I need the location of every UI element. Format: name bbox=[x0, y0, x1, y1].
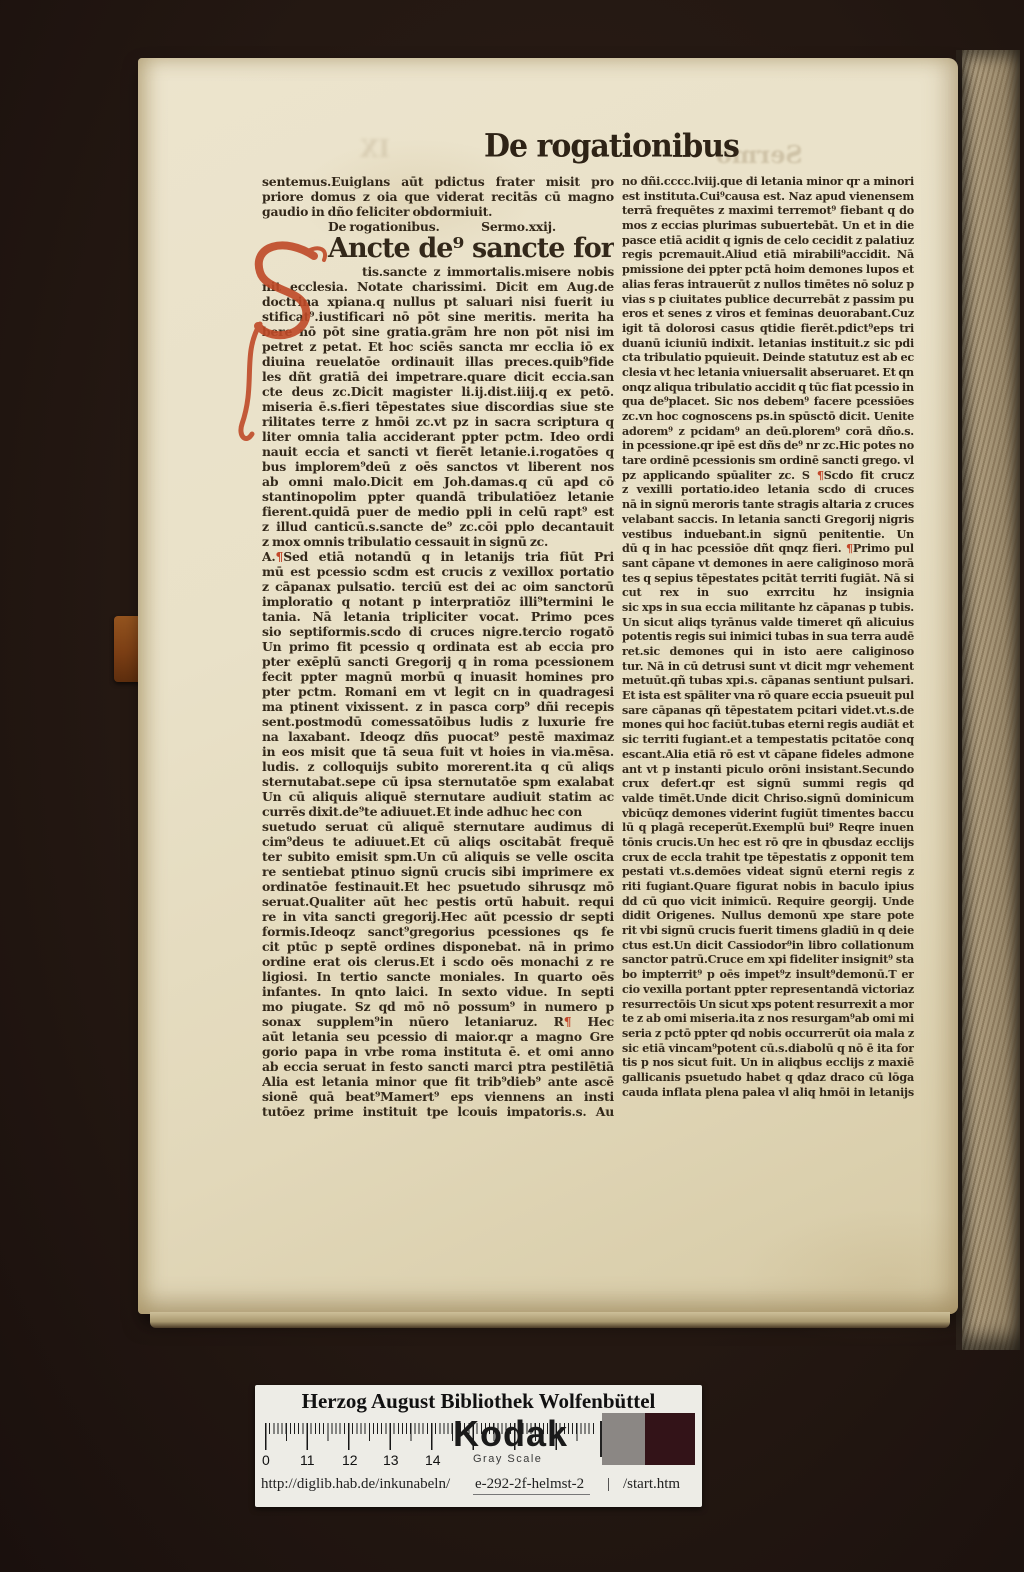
text-line: potentis regis sui inimici tubas in sua … bbox=[622, 629, 914, 644]
text-line: in eos misit que tā seua fuit vt hoies i… bbox=[262, 744, 614, 759]
text-line: gorio papa in vrbe roma instituta ē. et … bbox=[262, 1044, 614, 1059]
text-line: sent.postmodū comessatōibus ludis z luxu… bbox=[262, 714, 614, 729]
text-line: cim⁹deus te adiuuet.Et cū aliqs oscitabā… bbox=[262, 834, 614, 849]
text-line: diuina reuelatōe ordinauit illas preces.… bbox=[262, 354, 614, 369]
text-line: ordine erat ois clerus.Et i scdo oēs mon… bbox=[262, 954, 614, 969]
rubric-mark: ¶ bbox=[564, 1014, 572, 1029]
text-line: miseria ē.s.fieri tēpestates siue discor… bbox=[262, 399, 614, 414]
text-line: ordinatōe festinauit.Et hec psuetudo sih… bbox=[262, 879, 614, 894]
ruler-number: 13 bbox=[383, 1452, 399, 1468]
text-line: eros et senes z viros et feminas deuorab… bbox=[622, 306, 914, 321]
dark-scale-patch bbox=[645, 1413, 695, 1465]
page-link: /start.htm bbox=[623, 1476, 680, 1493]
text-line: sic etiā vincam⁹potent cū.s.diabolū q nō… bbox=[622, 1041, 914, 1056]
ruler-number: 12 bbox=[342, 1452, 358, 1468]
text-line: liter omnia talia acciderant ppter pctm.… bbox=[262, 429, 614, 444]
text-line: mo piugate. Sz qd mō nō possum⁹ in numer… bbox=[262, 999, 614, 1014]
text-line: Et ista est spāliter vna rō quare eccia … bbox=[622, 688, 914, 703]
text-line: rilitates terre z hmōi zc.vt pz in sacra… bbox=[262, 414, 614, 429]
ruler-number: 0 bbox=[262, 1452, 270, 1468]
text-line: cio vexilla portant ppter representandā … bbox=[622, 982, 914, 997]
text-line: z mox omnis tribulatio cessauit in signū… bbox=[262, 534, 614, 549]
text-line: nā in signū meroris tante stragis altari… bbox=[622, 497, 914, 512]
text-line: sic xps in sua eccia militante hz cāpana… bbox=[622, 600, 914, 615]
text-line: sant cāpane vt demones in aere caliginos… bbox=[622, 556, 914, 571]
text-line: regis pcremauit.Aliud etiā mirabili⁹acci… bbox=[622, 247, 914, 262]
text-line: z vexilli portatio.ideo letania scdo di … bbox=[622, 482, 914, 497]
ruler-number: 14 bbox=[425, 1452, 441, 1468]
text-line: petret z petat. Et hoc sciēs sancta mr e… bbox=[262, 339, 614, 354]
text-line: didit Origenes. Nullus demonū xpe stare … bbox=[622, 908, 914, 923]
text-line: pz applicando spūaliter zc. S ¶Scdo fit … bbox=[622, 468, 914, 483]
text-line: valde timēt.Unde dicit Chriso.signū domi… bbox=[622, 791, 914, 806]
text-line: tutōez prime instituit tpe lcouis impato… bbox=[262, 1104, 614, 1119]
text-line: stificat⁹.iustificari nō pōt sine meriti… bbox=[262, 309, 614, 324]
text-line: aūt letania seu pcessio di maior.qr a ma… bbox=[262, 1029, 614, 1044]
text-line: igit tā dolorosi casus qtidie fierēt.pdi… bbox=[622, 321, 914, 336]
photo-stage: Sermo IX De rogationibus sentemus.Euigla… bbox=[0, 0, 1024, 1572]
text-line: ligiosi. In tertio sancte moniales. In q… bbox=[262, 969, 614, 984]
text-line: duanū iciuniū indixit. letanias institui… bbox=[622, 336, 914, 351]
link-separator: | bbox=[607, 1476, 610, 1493]
text-line: sonax supplem⁹in nūero letaniaruz. R¶ He… bbox=[262, 1014, 614, 1029]
text-line: Alia est letania minor que fit trib⁹dieb… bbox=[262, 1074, 614, 1089]
text-line: tare ordinē pcessionis sm ordinē sancti … bbox=[622, 453, 914, 468]
text-line: tur. Nā in cū detrusi sunt vt dicit mgr … bbox=[622, 659, 914, 674]
column-right: no dñi.cccc.lviij.que di letania minor q… bbox=[622, 174, 914, 1099]
text-line: tania. Nā letania tripliciter vocat. Pri… bbox=[262, 609, 614, 624]
text-line: riti fugiant.Quare figurat nobis in bacu… bbox=[622, 879, 914, 894]
text-line: sanctor patrū.Cruce em xpi fideliter ins… bbox=[622, 952, 914, 967]
text-line: cit ptūc p septē ordines disponebat. nā … bbox=[262, 939, 614, 954]
page-bottom-edge bbox=[150, 1312, 950, 1328]
rubric-mark: ¶ bbox=[817, 468, 824, 482]
base-url: http://diglib.hab.de/inkunabeln/ bbox=[261, 1476, 450, 1493]
text-line: in pcessione.qr ipē est dñs de⁹ nr zc.Hi… bbox=[622, 438, 914, 453]
rubric-line: De rogationibus.Sermo.xxij. bbox=[262, 219, 614, 234]
text-line: nit ecclesia. Notate charissimi. Dicit e… bbox=[262, 279, 614, 294]
text-line: mones qui hoc faciūt.tubas eterni regis … bbox=[622, 717, 914, 732]
text-line: alias feras intrauerūt z nullos timētes … bbox=[622, 277, 914, 292]
text-line: pasce etiā acidit q ignis de celo cecidi… bbox=[622, 233, 914, 248]
text-line: Un cū aliquis aliquē sternutare audiuit … bbox=[262, 789, 614, 804]
text-line: cut rex in suo exrrcitu hz insignia rega… bbox=[622, 585, 914, 600]
text-line: adorem⁹ z pcidam⁹ an deū.plorem⁹ corā dñ… bbox=[622, 424, 914, 439]
text-line: sionē quā beat⁹Mamert⁹ eps viennens an i… bbox=[262, 1089, 614, 1104]
text-line: z cāpanax pulsatio. terciū est dei ac oi… bbox=[262, 579, 614, 594]
text-line: bo impterrit⁹ p oēs impet⁹z insult⁹demon… bbox=[622, 967, 914, 982]
text-line: ludis. z colloquijs subito morerent.ita … bbox=[262, 759, 614, 774]
library-name: Herzog August Bibliothek Wolfenbüttel bbox=[255, 1389, 702, 1414]
text-line: lū q plagā receperūt.Exemplū bui⁹ Reqre … bbox=[622, 820, 914, 835]
text-line: no dñi.cccc.lviij.que di letania minor q… bbox=[622, 174, 914, 189]
shelfmark: e-292-2f-helmst-2 bbox=[473, 1476, 590, 1495]
text-line: pter exēplū sancti Gregorij q in roma pc… bbox=[262, 654, 614, 669]
gray-scale-patch bbox=[602, 1413, 645, 1465]
text-line: cte deus zc.Dicit magister li.ij.dist.ii… bbox=[262, 384, 614, 399]
text-line: tes q sepius tēpestates pcitāt territi f… bbox=[622, 571, 914, 586]
text-line: sare cāpanas qñ tēpestatem pcitari videt… bbox=[622, 703, 914, 718]
text-line: sentemus.Euiglans aūt pdictus frater mis… bbox=[262, 174, 614, 189]
text-line: Ancte de⁹ sancte for bbox=[262, 234, 614, 264]
text-line: pmissione dei ppter pctā hoim demones lu… bbox=[622, 262, 914, 277]
text-line: fierent.quidā puer de medio ppli in celū… bbox=[262, 504, 614, 519]
text-line: mū est pcessio scdm est crucis z vexillo… bbox=[262, 564, 614, 579]
text-line: z illud canticū.s.sancte de⁹ zc.cōi pplo… bbox=[262, 519, 614, 534]
text-line: A.¶Sed etiā notandū q in letanijs tria f… bbox=[262, 549, 614, 564]
text-line: ma ptinent vixissent. z in pasca corp⁹ d… bbox=[262, 699, 614, 714]
text-line: ter subito emisit spm.Un cū aliquis se v… bbox=[262, 849, 614, 864]
text-line: zc.vn hoc cognoscens ps.in spūsctō dicit… bbox=[622, 409, 914, 424]
text-line: vestibus induebant.in signū penitentie. … bbox=[622, 527, 914, 542]
text-line: re sentiebat ptinuo signū crucis sibi im… bbox=[262, 864, 614, 879]
text-line: suetudo seruat cū aliquē sternutare audi… bbox=[262, 819, 614, 834]
text-line: vbicūqz demones viderint fugiūt timentes… bbox=[622, 806, 914, 821]
text-line: tis.sancte z immortalis.misere nobis ca bbox=[262, 264, 614, 279]
text-line: bere nō pōt sine gratia.grām hre non pōt… bbox=[262, 324, 614, 339]
color-reference-card: Herzog August Bibliothek Wolfenbüttel 01… bbox=[255, 1385, 702, 1507]
text-line: crux de eccla trahit tpe tēpestatis z op… bbox=[622, 850, 914, 865]
text-line: sic territi fugiant.et a tempestatis pci… bbox=[622, 732, 914, 747]
rubric-right: Sermo.xxij. bbox=[481, 219, 556, 234]
text-line: crux defert.qr est signū summi regis qd … bbox=[622, 776, 914, 791]
text-line: currēs dixit.de⁹te adiuuet.Et inde adhuc… bbox=[262, 804, 614, 819]
text-line: les dñt gratiā dei impetrare.quare dicit… bbox=[262, 369, 614, 384]
text-line: stantinopolim ppter quandā tribulatiōez … bbox=[262, 489, 614, 504]
text-line: vias s p ciuitates publice decurrebāt z … bbox=[622, 292, 914, 307]
text-line: sternutabat.sepe cū ipsa sternutatōe spm… bbox=[262, 774, 614, 789]
text-line: pter pctm. Romani em vt legit cn in quad… bbox=[262, 684, 614, 699]
running-head: De rogationibus bbox=[484, 128, 739, 165]
text-line: tis p nos sicut fuit. Un in aliqbus eccl… bbox=[622, 1055, 914, 1070]
text-line: cta tribulatio pquieuit. Deinde statutuz… bbox=[622, 350, 914, 365]
text-line: qua de⁹placet. Sic nos debem⁹ facere pce… bbox=[622, 394, 914, 409]
text-line: ant vt p instanti piculo orōni insistant… bbox=[622, 762, 914, 777]
text-line: te z ab omi miseria.ita z nos resurgam⁹a… bbox=[622, 1011, 914, 1026]
text-line: sio septiformis.scdo di cruces nigre.ter… bbox=[262, 624, 614, 639]
text-line: resurrectōis Un sicut xps potent resurre… bbox=[622, 997, 914, 1012]
text-line: est instituta.Cui⁹causa est. Naz apud vi… bbox=[622, 189, 914, 204]
text-line: infantes. In qnto laici. In sexto vidue.… bbox=[262, 984, 614, 999]
book-foredge-pages bbox=[962, 50, 1020, 1350]
text-line: escant.Alia etiā rō est vt cāpane fidele… bbox=[622, 747, 914, 762]
text-line: priore domus z oia que viderat recitās c… bbox=[262, 189, 614, 204]
text-line: tōnis crucis.Un hec est rō qre in qbusda… bbox=[622, 835, 914, 850]
text-line: ret.sic demones qui in isto aere caligin… bbox=[622, 644, 914, 659]
text-line: re in vita sancti gregorij.Hec aūt pcess… bbox=[262, 909, 614, 924]
text-line: cauda inflata plena palea vl aliq hmōi i… bbox=[622, 1085, 914, 1100]
text-line: doctrina xpiana.q nullus pt saluari nisi… bbox=[262, 294, 614, 309]
kodak-logo: Kodak bbox=[453, 1413, 568, 1455]
text-line: gallicanis psuetudo habet q qdaz draco c… bbox=[622, 1070, 914, 1085]
text-line: mos z eccias plurimas subuertebāt. Un et… bbox=[622, 218, 914, 233]
showthrough-text: IX bbox=[360, 134, 390, 163]
rubric-left: De rogationibus. bbox=[328, 219, 440, 234]
rubric-mark: ¶ bbox=[846, 541, 853, 555]
text-line: na laxabant. Ideoqz dñs puocat⁹ pestē ma… bbox=[262, 729, 614, 744]
text-line: dū q in hac pcessiōe dñt qnqz fieri. ¶Pr… bbox=[622, 541, 914, 556]
text-line: clesia vt hec letania vniuersalit abseru… bbox=[622, 365, 914, 380]
text-line: ab eccia seruat in festo sancti marci pt… bbox=[262, 1059, 614, 1074]
text-line: nauit eccia et sancti vt fierēt letanie.… bbox=[262, 444, 614, 459]
text-line: rit vbi signū crucis fuerit timens gladi… bbox=[622, 923, 914, 938]
text-line: Un primo fit pcessio q ordinata est ab e… bbox=[262, 639, 614, 654]
text-line: onqz aliqua tribulatio accidit q tūc fia… bbox=[622, 380, 914, 395]
text-line: ctus est.Un dicit Cassiodor⁹in libro col… bbox=[622, 938, 914, 953]
rubric-mark: ¶ bbox=[276, 549, 284, 564]
text-line: terrā frequētes z maximi terremot⁹ fieba… bbox=[622, 203, 914, 218]
text-line: seria z pctō ppter qd nobis occurrerūt o… bbox=[622, 1026, 914, 1041]
text-line: formis.Ideoqz sanct⁹gregorius pcessiones… bbox=[262, 924, 614, 939]
text-line: velabant saccis. In letania sancti Grego… bbox=[622, 512, 914, 527]
text-line: bus implorem⁹deū z oēs sanctos vt libere… bbox=[262, 459, 614, 474]
text-line: metuūt.qñ tubas xpi.s. cāpanas sentiunt … bbox=[622, 673, 914, 688]
text-line: Un sicut aliqs tyrānus valde timeret qñ … bbox=[622, 615, 914, 630]
kodak-subtitle: Gray Scale bbox=[473, 1453, 542, 1465]
text-line: fecit ppter magnū morbū q inuasit homine… bbox=[262, 669, 614, 684]
text-line: gaudio in dño feliciter obdormiuit. bbox=[262, 204, 614, 219]
text-line: pestati vt.s.demōes videat signū eterni … bbox=[622, 864, 914, 879]
text-line: seruat.Qualiter aūt hec pestis ortū habu… bbox=[262, 894, 614, 909]
text-line: imploratio q notant p interpratiōz illi⁹… bbox=[262, 594, 614, 609]
column-left: sentemus.Euiglans aūt pdictus frater mis… bbox=[262, 174, 614, 1119]
ruler-number: 11 bbox=[300, 1452, 315, 1468]
text-line: ab omni malo.Dicit em Joh.damas.q cū apd… bbox=[262, 474, 614, 489]
text-line: dd cū quo vicit inimicū. Require georgij… bbox=[622, 894, 914, 909]
